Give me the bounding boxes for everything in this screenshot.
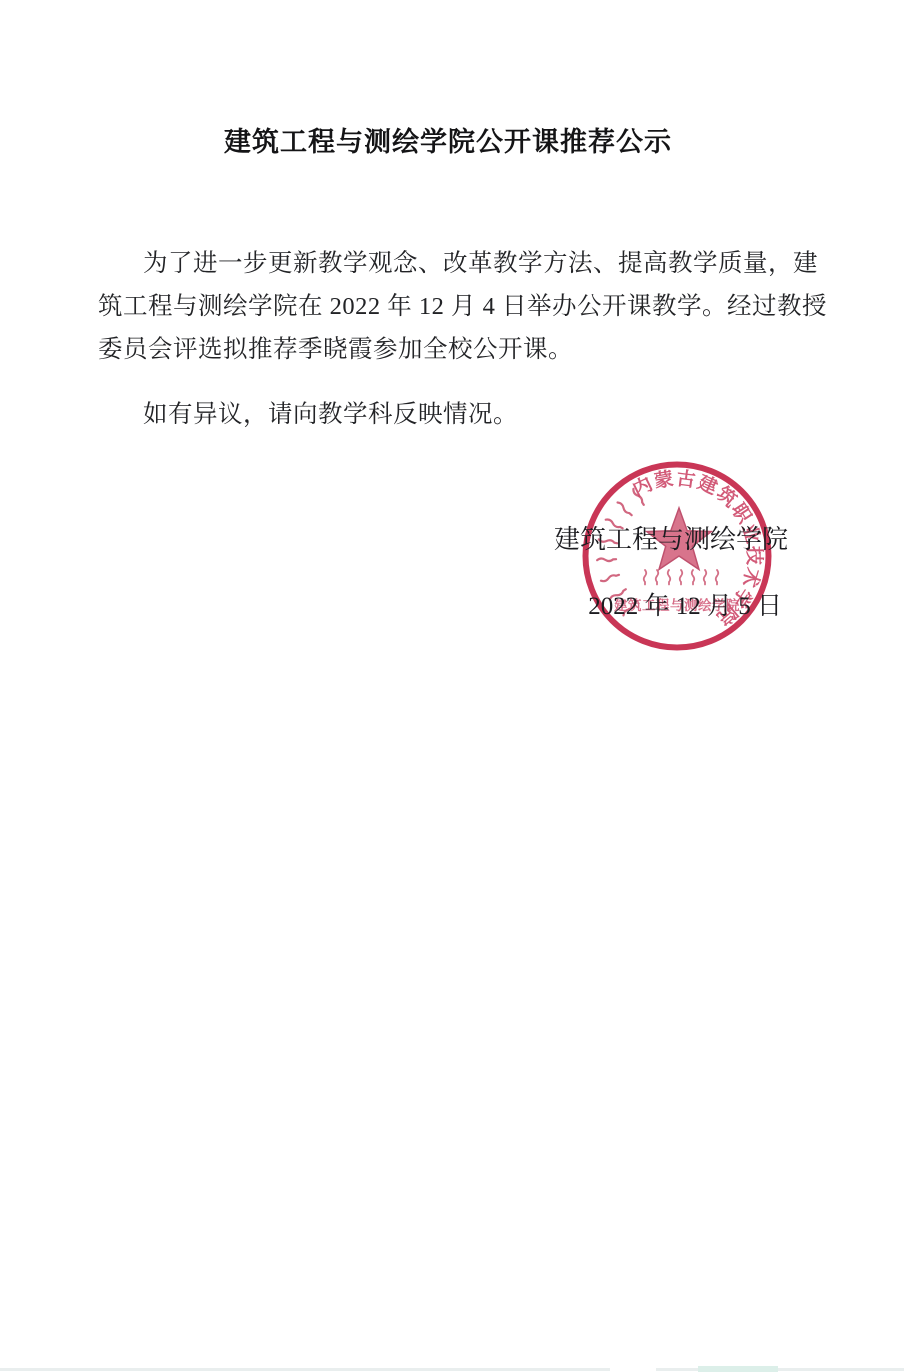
scan-edge-artifact bbox=[698, 1366, 778, 1372]
official-seal: 内蒙古建筑职业技术学院 建筑工程与测绘学院 bbox=[557, 436, 797, 676]
paragraph1-line1: 为了进一步更新教学观念、改革教学方法、提高教学质量，建 bbox=[98, 242, 812, 285]
scan-edge-artifact bbox=[0, 1368, 610, 1371]
signature-org: 建筑工程与测绘学院 bbox=[554, 519, 788, 556]
document-title: 建筑工程与测绘学院公开课推荐公示 bbox=[0, 120, 904, 159]
paragraph2: 如有异议，请向教学科反映情况。 bbox=[98, 393, 812, 436]
signature-date: 2022 年 12 月 5 日 bbox=[588, 586, 782, 622]
paragraph1-line3: 委员会评选拟推荐季晓霞参加全校公开课。 bbox=[98, 328, 812, 371]
body-text: 为了进一步更新教学观念、改革教学方法、提高教学质量，建 筑工程与测绘学院在 20… bbox=[98, 242, 812, 436]
scan-edge-artifact bbox=[656, 1368, 904, 1371]
seal-inner-script-row-icon bbox=[644, 570, 719, 585]
paragraph1-line2: 筑工程与测绘学院在 2022 年 12 月 4 日举办公开课教学。经过教授 bbox=[98, 285, 812, 328]
document-page: 建筑工程与测绘学院公开课推荐公示 为了进一步更新教学观念、改革教学方法、提高教学… bbox=[0, 0, 904, 1372]
